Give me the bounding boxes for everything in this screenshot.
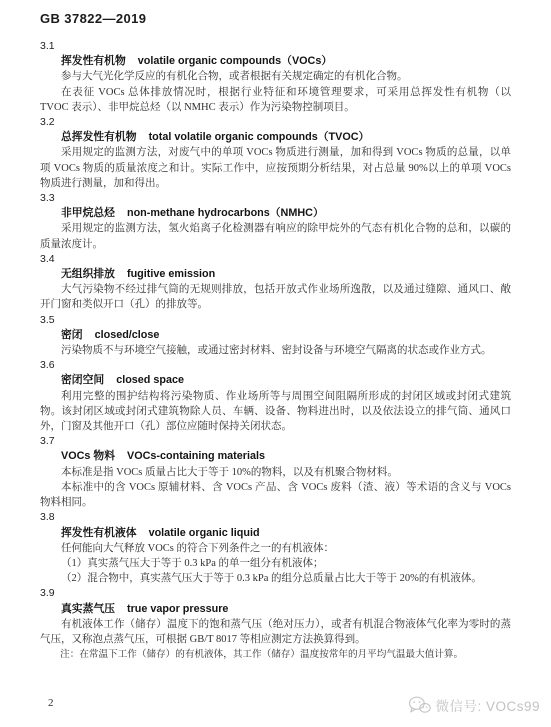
section-3-6: 3.6 密闭空间closed space 利用完整的围护结构将污染物质、作业场所…: [40, 358, 511, 434]
section-3-7: 3.7 VOCs 物料VOCs-containing materials 本标准…: [40, 434, 511, 510]
watermark-label: 微信号: VOCs99: [435, 695, 540, 715]
section-3-4: 3.4 无组织排放fugitive emission 大气污染物不经过排气筒的无…: [40, 252, 511, 313]
document-page: GB 37822—2019 3.1 挥发性有机物volatile organic…: [0, 0, 551, 727]
definition-paragraph: 本标准是指 VOCs 质量占比大于等于 10%的物料，以及有机聚合物材料。: [40, 465, 511, 480]
section-number: 3.4: [40, 252, 511, 267]
section-number: 3.6: [40, 358, 511, 373]
section-number: 3.3: [40, 191, 511, 206]
definition-paragraph: 在表征 VOCs 总体排放情况时，根据行业特征和环境管理要求，可采用总挥发性有机…: [40, 85, 511, 115]
term-heading: 真实蒸气压true vapor pressure: [40, 602, 511, 617]
term-heading: 挥发性有机物volatile organic compounds（VOCs）: [40, 54, 511, 69]
term-english: VOCs-containing materials: [127, 450, 265, 462]
term-chinese: 密闭: [61, 329, 83, 341]
term-english: volatile organic liquid: [149, 527, 260, 539]
definition-paragraph: 采用规定的监测方法，氢火焰离子化检测器有响应的除甲烷外的气态有机化合物的总和，以…: [40, 221, 511, 251]
doc-number-header: GB 37822—2019: [40, 11, 146, 26]
section-3-8: 3.8 挥发性有机液体volatile organic liquid 任何能向大…: [40, 510, 511, 586]
term-chinese: 挥发性有机物: [61, 55, 126, 67]
definition-paragraph: 大气污染物不经过排气筒的无规则排放，包括开放式作业场所逸散，以及通过缝隙、通风口…: [40, 282, 511, 312]
term-chinese: 挥发性有机液体: [61, 527, 137, 539]
term-english: true vapor pressure: [127, 603, 228, 615]
definition-paragraph: 有机液体工作（储存）温度下的饱和蒸气压（绝对压力），或者有机混合物液体气化率为零…: [40, 617, 511, 647]
term-chinese: 非甲烷总烃: [61, 207, 115, 219]
section-3-9: 3.9 真实蒸气压true vapor pressure 有机液体工作（储存）温…: [40, 586, 511, 662]
section-number: 3.2: [40, 115, 511, 130]
note-paragraph: 注：在常温下工作（储存）的有机液体，其工作（储存）温度按常年的月平均气温最大值计…: [40, 647, 511, 662]
watermark: 微信号: VOCs99: [408, 695, 540, 715]
section-number: 3.8: [40, 510, 511, 525]
term-heading: 密闭空间closed space: [40, 373, 511, 388]
term-english: closed/close: [95, 329, 160, 341]
list-item-1: （1）真实蒸气压大于等于 0.3 kPa 的单一组分有机液体；: [40, 556, 511, 571]
term-english: fugitive emission: [127, 268, 215, 280]
section-number: 3.1: [40, 39, 511, 54]
term-heading: VOCs 物料VOCs-containing materials: [40, 449, 511, 464]
terms-and-definitions-content: 3.1 挥发性有机物volatile organic compounds（VOC…: [40, 39, 511, 662]
term-english: total volatile organic compounds（TVOC）: [149, 131, 370, 143]
term-chinese: 密闭空间: [61, 374, 104, 386]
section-3-2: 3.2 总挥发性有机物total volatile organic compou…: [40, 115, 511, 191]
term-heading: 总挥发性有机物total volatile organic compounds（…: [40, 130, 511, 145]
term-english: non-methane hydrocarbons（NMHC）: [127, 207, 324, 219]
term-heading: 挥发性有机液体volatile organic liquid: [40, 526, 511, 541]
section-number: 3.5: [40, 313, 511, 328]
list-item-2: （2）混合物中，真实蒸气压大于等于 0.3 kPa 的组分总质量占比大于等于 2…: [40, 571, 511, 586]
section-3-5: 3.5 密闭closed/close 污染物质不与环境空气接触，或通过密封材料、…: [40, 313, 511, 359]
term-heading: 无组织排放fugitive emission: [40, 267, 511, 282]
definition-paragraph: 参与大气光化学反应的有机化合物，或者根据有关规定确定的有机化合物。: [40, 69, 511, 84]
section-number: 3.7: [40, 434, 511, 449]
definition-paragraph: 本标准中的含 VOCs 原辅材料、含 VOCs 产品、含 VOCs 废料（渣、液…: [40, 480, 511, 510]
term-chinese: 无组织排放: [61, 268, 115, 280]
definition-paragraph: 污染物质不与环境空气接触，或通过密封材料、密封设备与环境空气隔离的状态或作业方式…: [40, 343, 511, 358]
term-heading: 非甲烷总烃non-methane hydrocarbons（NMHC）: [40, 206, 511, 221]
definition-paragraph: 采用规定的监测方法，对废气中的单项 VOCs 物质进行测量，加和得到 VOCs …: [40, 145, 511, 191]
section-3-1: 3.1 挥发性有机物volatile organic compounds（VOC…: [40, 39, 511, 115]
term-chinese: VOCs 物料: [61, 450, 115, 462]
term-english: volatile organic compounds（VOCs）: [138, 55, 332, 67]
definition-paragraph: 任何能向大气释放 VOCs 的符合下列条件之一的有机液体：: [40, 541, 511, 556]
term-heading: 密闭closed/close: [40, 328, 511, 343]
term-english: closed space: [116, 374, 184, 386]
definition-paragraph: 利用完整的围护结构将污染物质、作业场所等与周围空间阻隔所形成的封闭区域或封闭式建…: [40, 389, 511, 435]
section-3-3: 3.3 非甲烷总烃non-methane hydrocarbons（NMHC） …: [40, 191, 511, 252]
section-number: 3.9: [40, 586, 511, 601]
wechat-icon: [408, 696, 431, 714]
term-chinese: 真实蒸气压: [61, 603, 115, 615]
page-number: 2: [48, 697, 54, 709]
term-chinese: 总挥发性有机物: [61, 131, 137, 143]
